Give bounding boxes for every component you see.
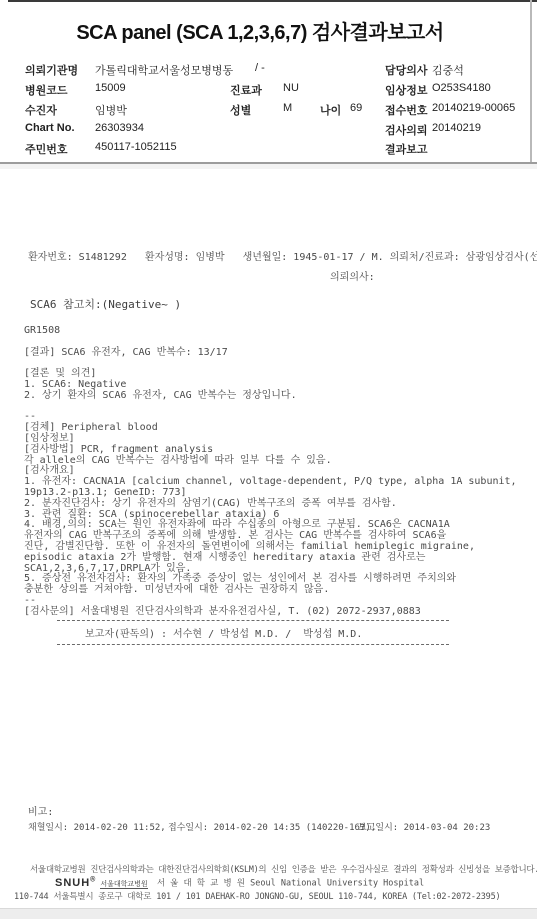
- report-body-line: episodic ataxia 2가 발행함. 현재 시행중인 heredita…: [24, 553, 517, 564]
- patient-value: 임병박: [95, 102, 127, 118]
- scan-bottom-strip: [0, 908, 537, 919]
- received-datetime: 접수일시: 2014-02-20 14:35 (140220-163),: [168, 820, 376, 833]
- page-title: SCA panel (SCA 1,2,3,6,7) 검사결과보고서: [0, 16, 520, 45]
- report-body-line: 2. 분자진단검사: 상기 유전자의 삼염기(CAG) 반복구조의 증폭 여부를…: [24, 499, 517, 510]
- reporter-signature-block: 보고자(판독의) : 서수현 / 박성섭 M.D. / 박성섭 M.D.: [57, 620, 449, 645]
- report-body-line: [24, 337, 517, 348]
- remark-label: 비고:: [28, 803, 53, 818]
- sca6-reference-range: SCA6 참고치:(Negative~ ): [30, 296, 181, 312]
- org-value: 가톨릭대학교서울성모병병동: [95, 62, 233, 78]
- hospital-name-kr: 서 울 대 학 교 병 원: [157, 879, 245, 889]
- dept-label: 진료과: [230, 82, 262, 98]
- report-date-label: 결과보고: [385, 141, 428, 157]
- clinical-info-value: O253S4180: [432, 82, 491, 94]
- chart-no-value: 26303934: [95, 122, 144, 134]
- request-date-label: 검사의뢰: [385, 122, 428, 138]
- accreditation-statement: 서울대학교병원 진단검사의학과는 대한진단검사의학회(KSLM)의 신임 인증을…: [30, 863, 537, 875]
- report-body-line: GR1508: [24, 326, 517, 337]
- patient-info-line: 환자번호: S1481292 환자성명: 임병박 생년월일: 1945-01-1…: [28, 248, 537, 263]
- report-body-line: [검체] Peripheral blood: [24, 423, 517, 434]
- id-no-value: 450117-1052115: [95, 141, 177, 153]
- receipt-no-label: 접수번호: [385, 102, 428, 118]
- hospital-code-value: 15009: [95, 82, 126, 94]
- id-no-label: 주민번호: [25, 141, 68, 157]
- report-body-line: 각 allele의 CAG 반복수는 검사방법에 따라 일부 다를 수 있음.: [24, 456, 517, 467]
- report-body-line: [결과] SCA6 유전자, CAG 반복수: 13/17: [24, 348, 517, 359]
- report-body-line: [검사문의] 서울대병원 진단검사의학과 분자유전검사실, T. (02) 20…: [24, 607, 517, 618]
- report-body-line: 충분한 상의를 거쳐야함. 미성년자에 대한 검사는 권장하지 않음.: [24, 585, 517, 596]
- report-body-line: [검사방법] PCR, fragment analysis: [24, 445, 517, 456]
- sex-value: M: [283, 102, 292, 114]
- collected-datetime: 채혈일시: 2014-02-20 11:52,: [28, 820, 166, 833]
- report-body-line: [24, 358, 517, 369]
- signature-divider-bottom: [57, 644, 449, 645]
- referring-doctor-line: 의뢰의사:: [330, 268, 375, 283]
- hospital-address: 110-744 서울특별시 종로구 대학로 101 / 101 DAEHAK-R…: [14, 890, 500, 902]
- snuh-logo: SNUH®: [55, 877, 96, 889]
- receipt-no-value: 20140219-00065: [432, 102, 515, 114]
- sex-label: 성별: [230, 102, 251, 118]
- org-extra: / -: [255, 62, 265, 74]
- header-right-border: [530, 0, 532, 164]
- report-body-line: [24, 402, 517, 413]
- hospital-identity-line: SNUH®서울대학교병원 서 울 대 학 교 병 원 Seoul Nationa…: [55, 876, 424, 889]
- registered-mark-icon: ®: [90, 876, 96, 883]
- doctor-label: 담당의사: [385, 62, 428, 78]
- lab-report-page: { "title": "SCA panel (SCA 1,2,3,6,7) 검사…: [0, 0, 537, 919]
- org-label: 의뢰기관명: [25, 62, 78, 78]
- report-body-line: 2. 상기 환자의 SCA6 유전자, CAG 반복수는 정상입니다.: [24, 391, 517, 402]
- patient-label: 수진자: [25, 102, 57, 118]
- hospital-code-label: 병원코드: [25, 82, 68, 98]
- scan-top-border: [8, 0, 537, 2]
- doctor-value: 김중석: [432, 62, 464, 78]
- reporter-names: 보고자(판독의) : 서수현 / 박성섭 M.D. / 박성섭 M.D.: [57, 621, 449, 644]
- age-label: 나이: [320, 102, 341, 118]
- request-date-value: 20140219: [432, 122, 481, 134]
- header-divider-band: [0, 164, 537, 169]
- reported-datetime: 보고일시: 2014-03-04 20:23: [358, 820, 490, 833]
- snuh-logo-badge: 서울대학교병원: [100, 880, 147, 889]
- hospital-name-en: Seoul National University Hospital: [250, 879, 424, 889]
- clinical-info-label: 임상정보: [385, 82, 428, 98]
- report-body-lines: GR1508 [결과] SCA6 유전자, CAG 반복수: 13/17 [결론…: [24, 326, 517, 618]
- chart-no-label: Chart No.: [25, 122, 75, 134]
- age-value: 69: [350, 102, 362, 114]
- dept-value: NU: [283, 82, 299, 94]
